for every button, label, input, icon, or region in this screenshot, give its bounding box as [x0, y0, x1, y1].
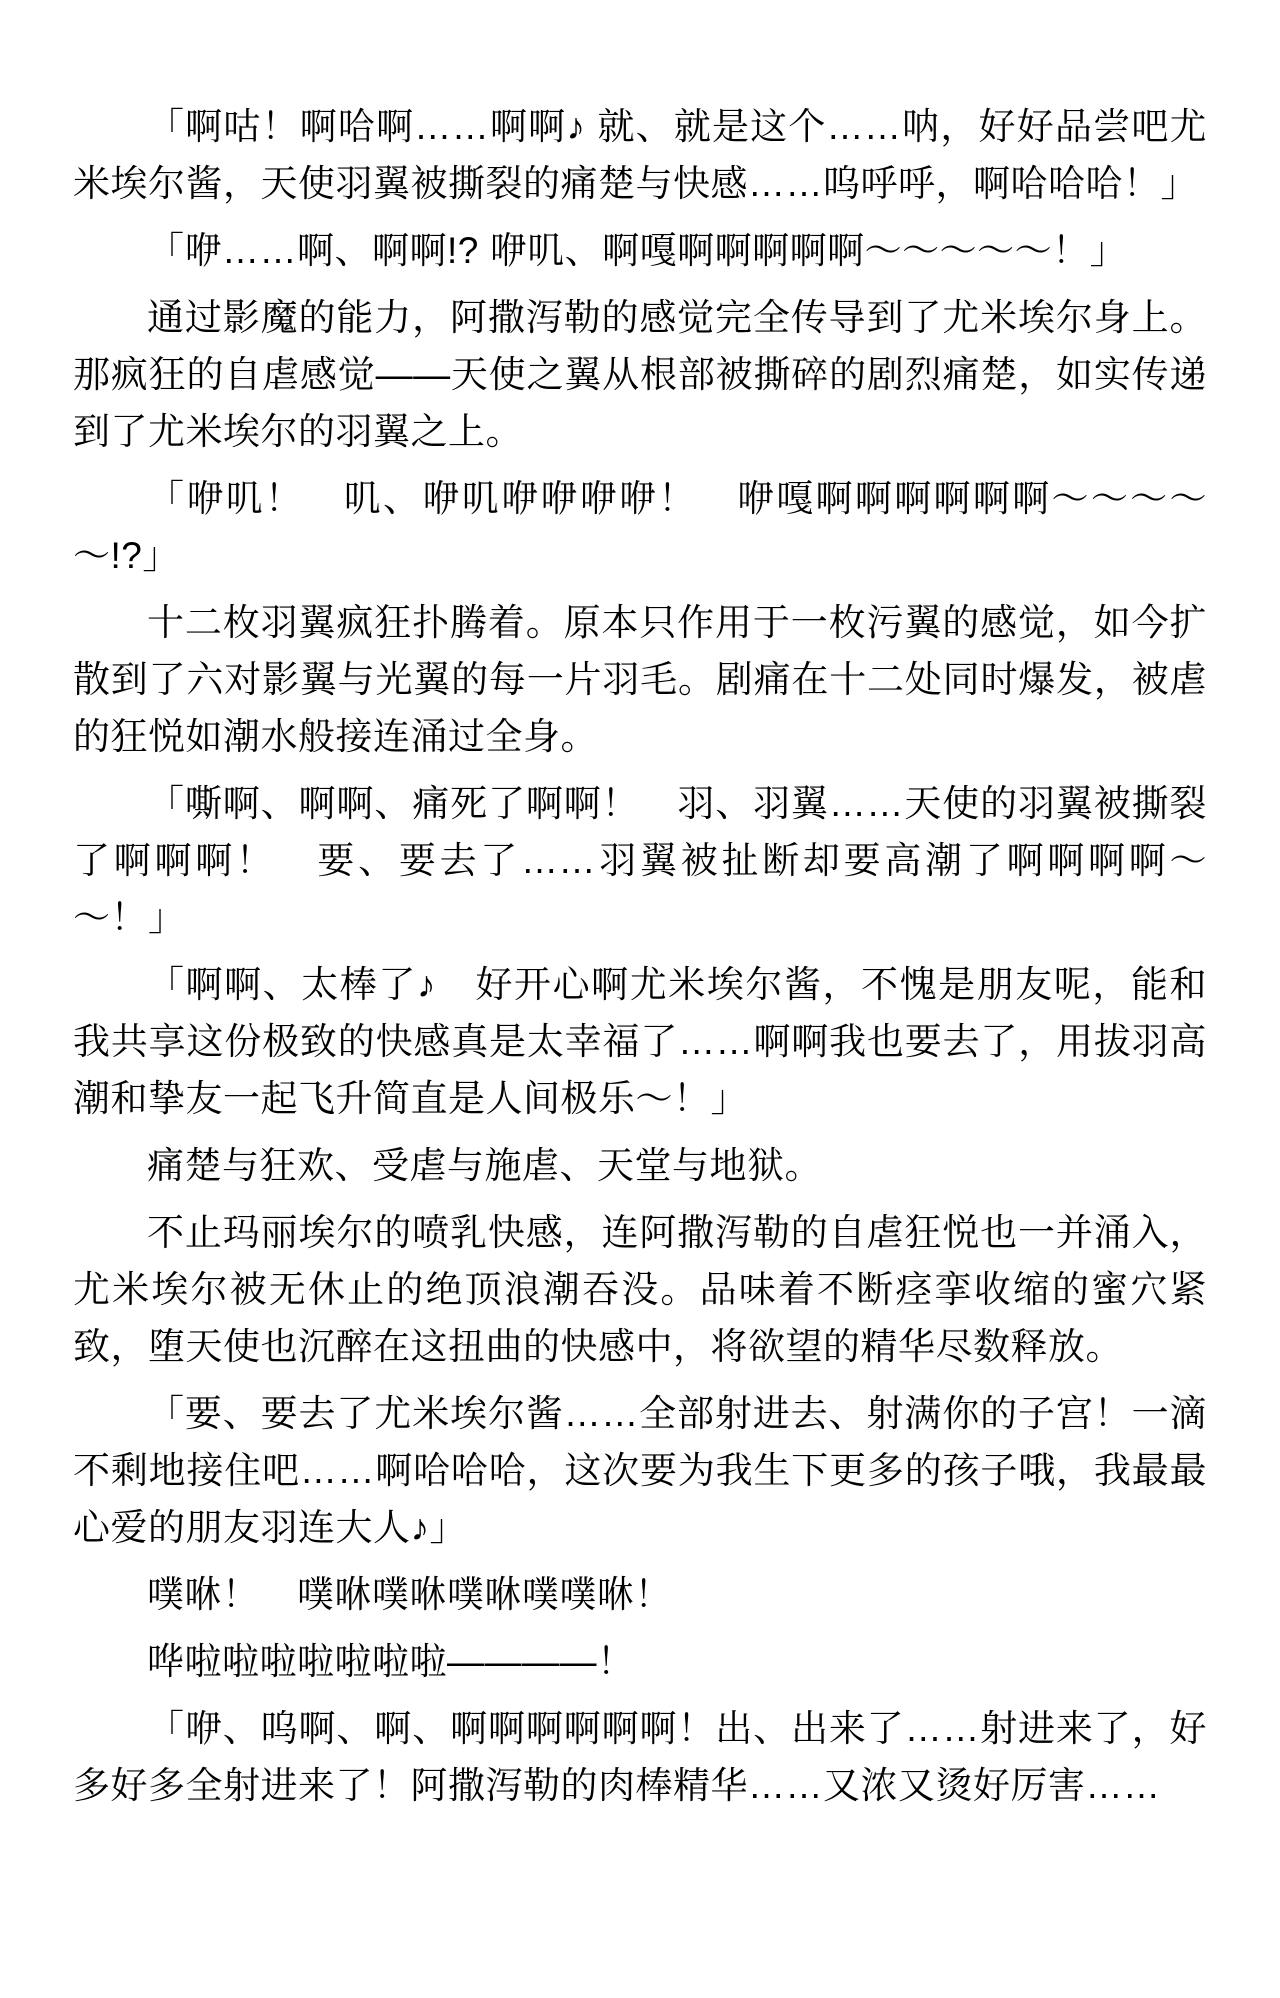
paragraph: 「嘶啊、啊啊、痛死了啊啊！ 羽、羽翼……天使的羽翼被撕裂了啊啊啊！ 要、要去了……: [73, 775, 1207, 946]
paragraph: 「啊啊、太棒了♪ 好开心啊尤米埃尔酱，不愧是朋友呢，能和我共享这份极致的快感真是…: [73, 956, 1207, 1127]
paragraph: 「要、要去了尤米埃尔酱……全部射进去、射满你的子宫！一滴不剩地接住吧……啊哈哈哈…: [73, 1385, 1207, 1556]
paragraph: 「咿、呜啊、啊、啊啊啊啊啊啊！出、出来了……射进来了，好多好多全射进来了！阿撒泻…: [73, 1700, 1207, 1814]
paragraph: 「咿叽！ 叽、咿叽咿咿咿咿！ 咿嘎啊啊啊啊啊啊～～～～～!?」: [73, 470, 1207, 584]
paragraph: 噗咻！ 噗咻噗咻噗咻噗噗咻！: [73, 1566, 1207, 1623]
paragraph: 不止玛丽埃尔的喷乳快感，连阿撒泻勒的自虐狂悦也一并涌入，尤米埃尔被无休止的绝顶浪…: [73, 1204, 1207, 1375]
paragraph: 痛楚与狂欢、受虐与施虐、天堂与地狱。: [73, 1137, 1207, 1194]
paragraph: 「咿……啊、啊啊!? 咿叽、啊嘎啊啊啊啊啊～～～～～！」: [73, 222, 1207, 279]
paragraph: 「啊咕！啊哈啊……啊啊♪ 就、就是这个……呐，好好品尝吧尤米埃尔酱，天使羽翼被撕…: [73, 98, 1207, 212]
paragraph: 哗啦啦啦啦啦啦啦————！: [73, 1633, 1207, 1690]
paragraph: 通过影魔的能力，阿撒泻勒的感觉完全传导到了尤米埃尔身上。那疯狂的自虐感觉——天使…: [73, 289, 1207, 460]
paragraph: 十二枚羽翼疯狂扑腾着。原本只作用于一枚污翼的感觉，如今扩散到了六对影翼与光翼的每…: [73, 594, 1207, 765]
document-page: 「啊咕！啊哈啊……啊啊♪ 就、就是这个……呐，好好品尝吧尤米埃尔酱，天使羽翼被撕…: [0, 0, 1280, 1998]
